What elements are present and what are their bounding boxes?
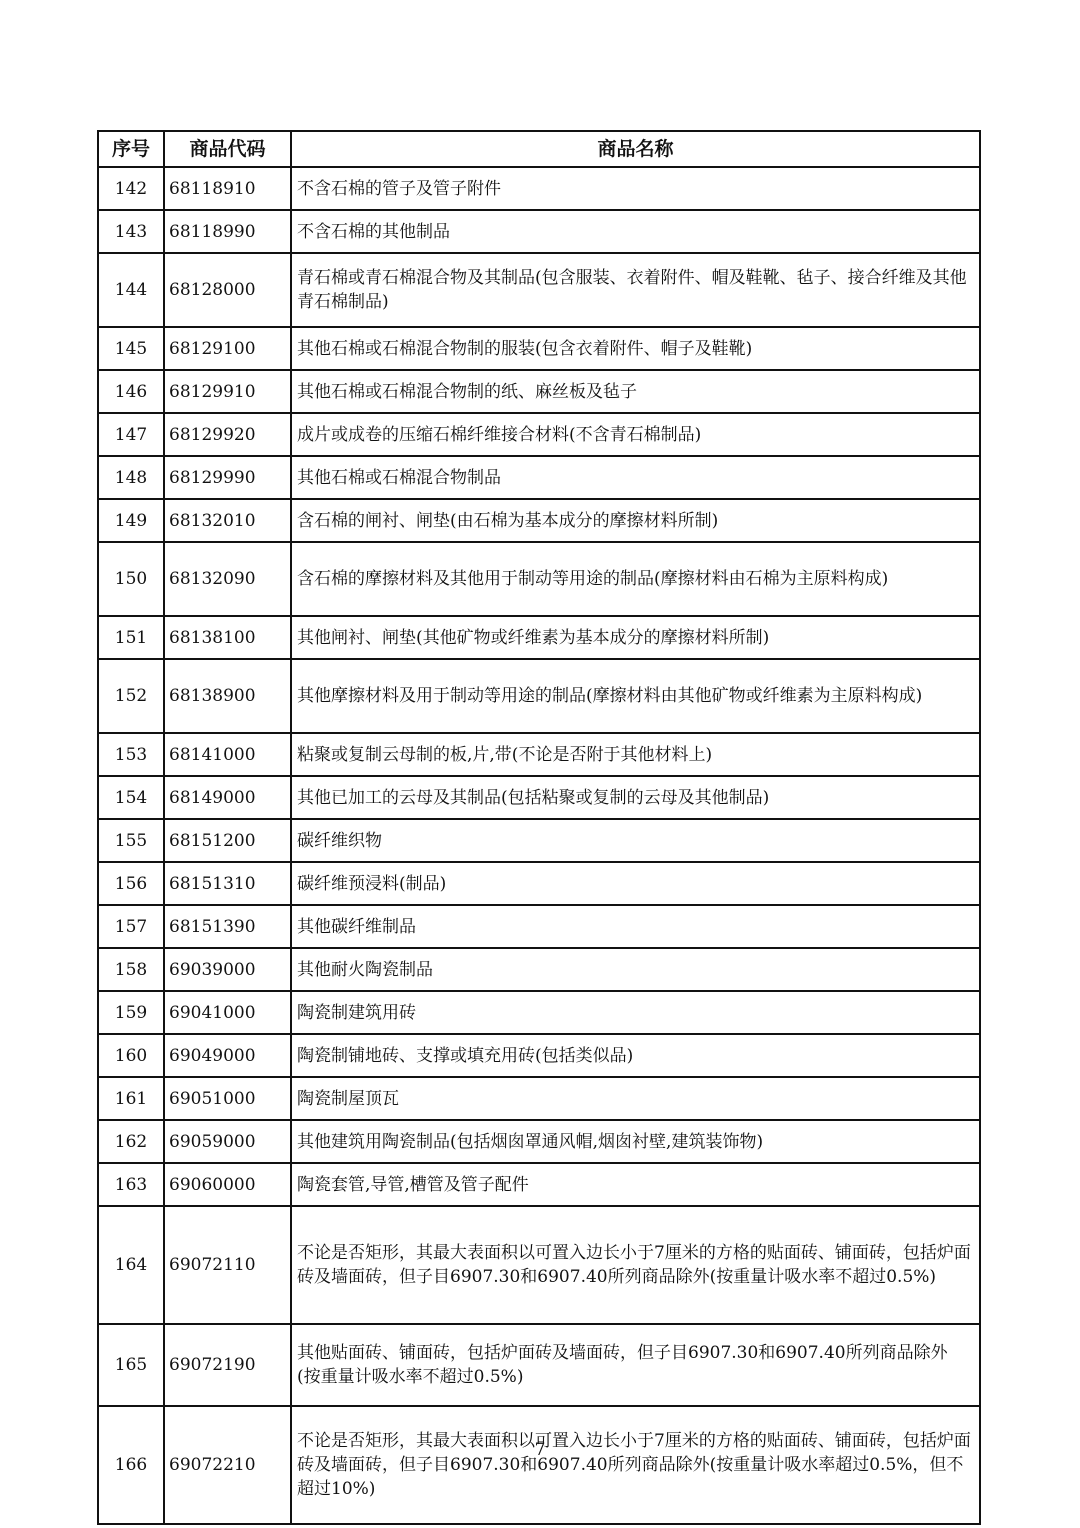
- code-cell: 69072110: [164, 1206, 291, 1324]
- code-cell: 68138900: [164, 659, 291, 733]
- table-row: 15869039000其他耐火陶瓷制品: [98, 948, 980, 991]
- table-row: 16269059000其他建筑用陶瓷制品(包括烟囱罩通风帽,烟囱衬壁,建筑装饰物…: [98, 1120, 980, 1163]
- table-row: 15768151390其他碳纤维制品: [98, 905, 980, 948]
- table-row: 14368118990不含石棉的其他制品: [98, 210, 980, 253]
- seq-cell: 156: [98, 862, 164, 905]
- commodity-table: 序号 商品代码 商品名称 14268118910不含石棉的管子及管子附件1436…: [97, 130, 981, 1525]
- seq-cell: 146: [98, 370, 164, 413]
- name-cell: 陶瓷制建筑用砖: [291, 991, 980, 1034]
- code-cell: 69041000: [164, 991, 291, 1034]
- code-cell: 68151310: [164, 862, 291, 905]
- seq-cell: 151: [98, 616, 164, 659]
- name-cell: 成片或成卷的压缩石棉纤维接合材料(不含青石棉制品): [291, 413, 980, 456]
- code-cell: 68128000: [164, 253, 291, 327]
- table-header-row: 序号 商品代码 商品名称: [98, 131, 980, 167]
- commodity-table-container: 序号 商品代码 商品名称 14268118910不含石棉的管子及管子附件1436…: [97, 130, 979, 1525]
- name-cell: 不论是否矩形，其最大表面积以可置入边长小于7厘米的方格的贴面砖、铺面砖，包括炉面…: [291, 1206, 980, 1324]
- seq-cell: 148: [98, 456, 164, 499]
- table-row: 15268138900其他摩擦材料及用于制动等用途的制品(摩擦材料由其他矿物或纤…: [98, 659, 980, 733]
- table-row: 14868129990其他石棉或石棉混合物制品: [98, 456, 980, 499]
- header-seq: 序号: [98, 131, 164, 167]
- table-row: 16469072110不论是否矩形，其最大表面积以可置入边长小于7厘米的方格的贴…: [98, 1206, 980, 1324]
- code-cell: 68149000: [164, 776, 291, 819]
- seq-cell: 165: [98, 1324, 164, 1406]
- name-cell: 其他耐火陶瓷制品: [291, 948, 980, 991]
- name-cell: 其他建筑用陶瓷制品(包括烟囱罩通风帽,烟囱衬壁,建筑装饰物): [291, 1120, 980, 1163]
- name-cell: 碳纤维织物: [291, 819, 980, 862]
- header-name: 商品名称: [291, 131, 980, 167]
- code-cell: 68118910: [164, 167, 291, 210]
- table-row: 16369060000陶瓷套管,导管,槽管及管子配件: [98, 1163, 980, 1206]
- name-cell: 粘聚或复制云母制的板,片,带(不论是否附于其他材料上): [291, 733, 980, 776]
- table-row: 15969041000陶瓷制建筑用砖: [98, 991, 980, 1034]
- table-row: 15068132090含石棉的摩擦材料及其他用于制动等用途的制品(摩擦材料由石棉…: [98, 542, 980, 616]
- seq-cell: 163: [98, 1163, 164, 1206]
- name-cell: 其他石棉或石棉混合物制品: [291, 456, 980, 499]
- page-number: 7: [0, 1440, 1080, 1460]
- seq-cell: 153: [98, 733, 164, 776]
- seq-cell: 154: [98, 776, 164, 819]
- table-row: 15568151200碳纤维织物: [98, 819, 980, 862]
- seq-cell: 152: [98, 659, 164, 733]
- header-code: 商品代码: [164, 131, 291, 167]
- seq-cell: 164: [98, 1206, 164, 1324]
- code-cell: 68132010: [164, 499, 291, 542]
- table-row: 14968132010含石棉的闸衬、闸垫(由石棉为基本成分的摩擦材料所制): [98, 499, 980, 542]
- seq-cell: 159: [98, 991, 164, 1034]
- table-row: 14468128000青石棉或青石棉混合物及其制品(包含服装、衣着附件、帽及鞋靴…: [98, 253, 980, 327]
- seq-cell: 155: [98, 819, 164, 862]
- code-cell: 68129100: [164, 327, 291, 370]
- table-row: 14768129920成片或成卷的压缩石棉纤维接合材料(不含青石棉制品): [98, 413, 980, 456]
- name-cell: 陶瓷制屋顶瓦: [291, 1077, 980, 1120]
- name-cell: 其他石棉或石棉混合物制的服装(包含衣着附件、帽子及鞋靴): [291, 327, 980, 370]
- name-cell: 其他已加工的云母及其制品(包括粘聚或复制的云母及其他制品): [291, 776, 980, 819]
- table-row: 15668151310碳纤维预浸料(制品): [98, 862, 980, 905]
- name-cell: 不含石棉的其他制品: [291, 210, 980, 253]
- seq-cell: 157: [98, 905, 164, 948]
- name-cell: 碳纤维预浸料(制品): [291, 862, 980, 905]
- table-row: 15368141000粘聚或复制云母制的板,片,带(不论是否附于其他材料上): [98, 733, 980, 776]
- name-cell: 其他闸衬、闸垫(其他矿物或纤维素为基本成分的摩擦材料所制): [291, 616, 980, 659]
- table-row: 14568129100其他石棉或石棉混合物制的服装(包含衣着附件、帽子及鞋靴): [98, 327, 980, 370]
- code-cell: 68129910: [164, 370, 291, 413]
- code-cell: 68151200: [164, 819, 291, 862]
- table-row: 16069049000陶瓷制铺地砖、支撑或填充用砖(包括类似品): [98, 1034, 980, 1077]
- name-cell: 其他石棉或石棉混合物制的纸、麻丝板及毡子: [291, 370, 980, 413]
- table-row: 16669072210不论是否矩形，其最大表面积以可置入边长小于7厘米的方格的贴…: [98, 1406, 980, 1524]
- code-cell: 69051000: [164, 1077, 291, 1120]
- name-cell: 其他摩擦材料及用于制动等用途的制品(摩擦材料由其他矿物或纤维素为主原料构成): [291, 659, 980, 733]
- code-cell: 69049000: [164, 1034, 291, 1077]
- seq-cell: 158: [98, 948, 164, 991]
- name-cell: 含石棉的闸衬、闸垫(由石棉为基本成分的摩擦材料所制): [291, 499, 980, 542]
- seq-cell: 144: [98, 253, 164, 327]
- seq-cell: 160: [98, 1034, 164, 1077]
- table-row: 14268118910不含石棉的管子及管子附件: [98, 167, 980, 210]
- code-cell: 69060000: [164, 1163, 291, 1206]
- table-row: 16569072190其他贴面砖、铺面砖，包括炉面砖及墙面砖，但子目6907.3…: [98, 1324, 980, 1406]
- name-cell: 含石棉的摩擦材料及其他用于制动等用途的制品(摩擦材料由石棉为主原料构成): [291, 542, 980, 616]
- name-cell: 其他碳纤维制品: [291, 905, 980, 948]
- seq-cell: 166: [98, 1406, 164, 1524]
- seq-cell: 143: [98, 210, 164, 253]
- code-cell: 68129990: [164, 456, 291, 499]
- name-cell: 青石棉或青石棉混合物及其制品(包含服装、衣着附件、帽及鞋靴、毡子、接合纤维及其他…: [291, 253, 980, 327]
- seq-cell: 150: [98, 542, 164, 616]
- seq-cell: 145: [98, 327, 164, 370]
- seq-cell: 142: [98, 167, 164, 210]
- code-cell: 69072210: [164, 1406, 291, 1524]
- table-row: 15468149000其他已加工的云母及其制品(包括粘聚或复制的云母及其他制品): [98, 776, 980, 819]
- seq-cell: 161: [98, 1077, 164, 1120]
- table-row: 16169051000陶瓷制屋顶瓦: [98, 1077, 980, 1120]
- name-cell: 不含石棉的管子及管子附件: [291, 167, 980, 210]
- table-row: 15168138100其他闸衬、闸垫(其他矿物或纤维素为基本成分的摩擦材料所制): [98, 616, 980, 659]
- name-cell: 陶瓷制铺地砖、支撑或填充用砖(包括类似品): [291, 1034, 980, 1077]
- table-row: 14668129910其他石棉或石棉混合物制的纸、麻丝板及毡子: [98, 370, 980, 413]
- name-cell: 不论是否矩形，其最大表面积以可置入边长小于7厘米的方格的贴面砖、铺面砖，包括炉面…: [291, 1406, 980, 1524]
- seq-cell: 147: [98, 413, 164, 456]
- name-cell: 陶瓷套管,导管,槽管及管子配件: [291, 1163, 980, 1206]
- code-cell: 68118990: [164, 210, 291, 253]
- code-cell: 69072190: [164, 1324, 291, 1406]
- code-cell: 68138100: [164, 616, 291, 659]
- code-cell: 69059000: [164, 1120, 291, 1163]
- seq-cell: 162: [98, 1120, 164, 1163]
- code-cell: 68141000: [164, 733, 291, 776]
- code-cell: 69039000: [164, 948, 291, 991]
- code-cell: 68129920: [164, 413, 291, 456]
- code-cell: 68151390: [164, 905, 291, 948]
- code-cell: 68132090: [164, 542, 291, 616]
- name-cell: 其他贴面砖、铺面砖，包括炉面砖及墙面砖，但子目6907.30和6907.40所列…: [291, 1324, 980, 1406]
- seq-cell: 149: [98, 499, 164, 542]
